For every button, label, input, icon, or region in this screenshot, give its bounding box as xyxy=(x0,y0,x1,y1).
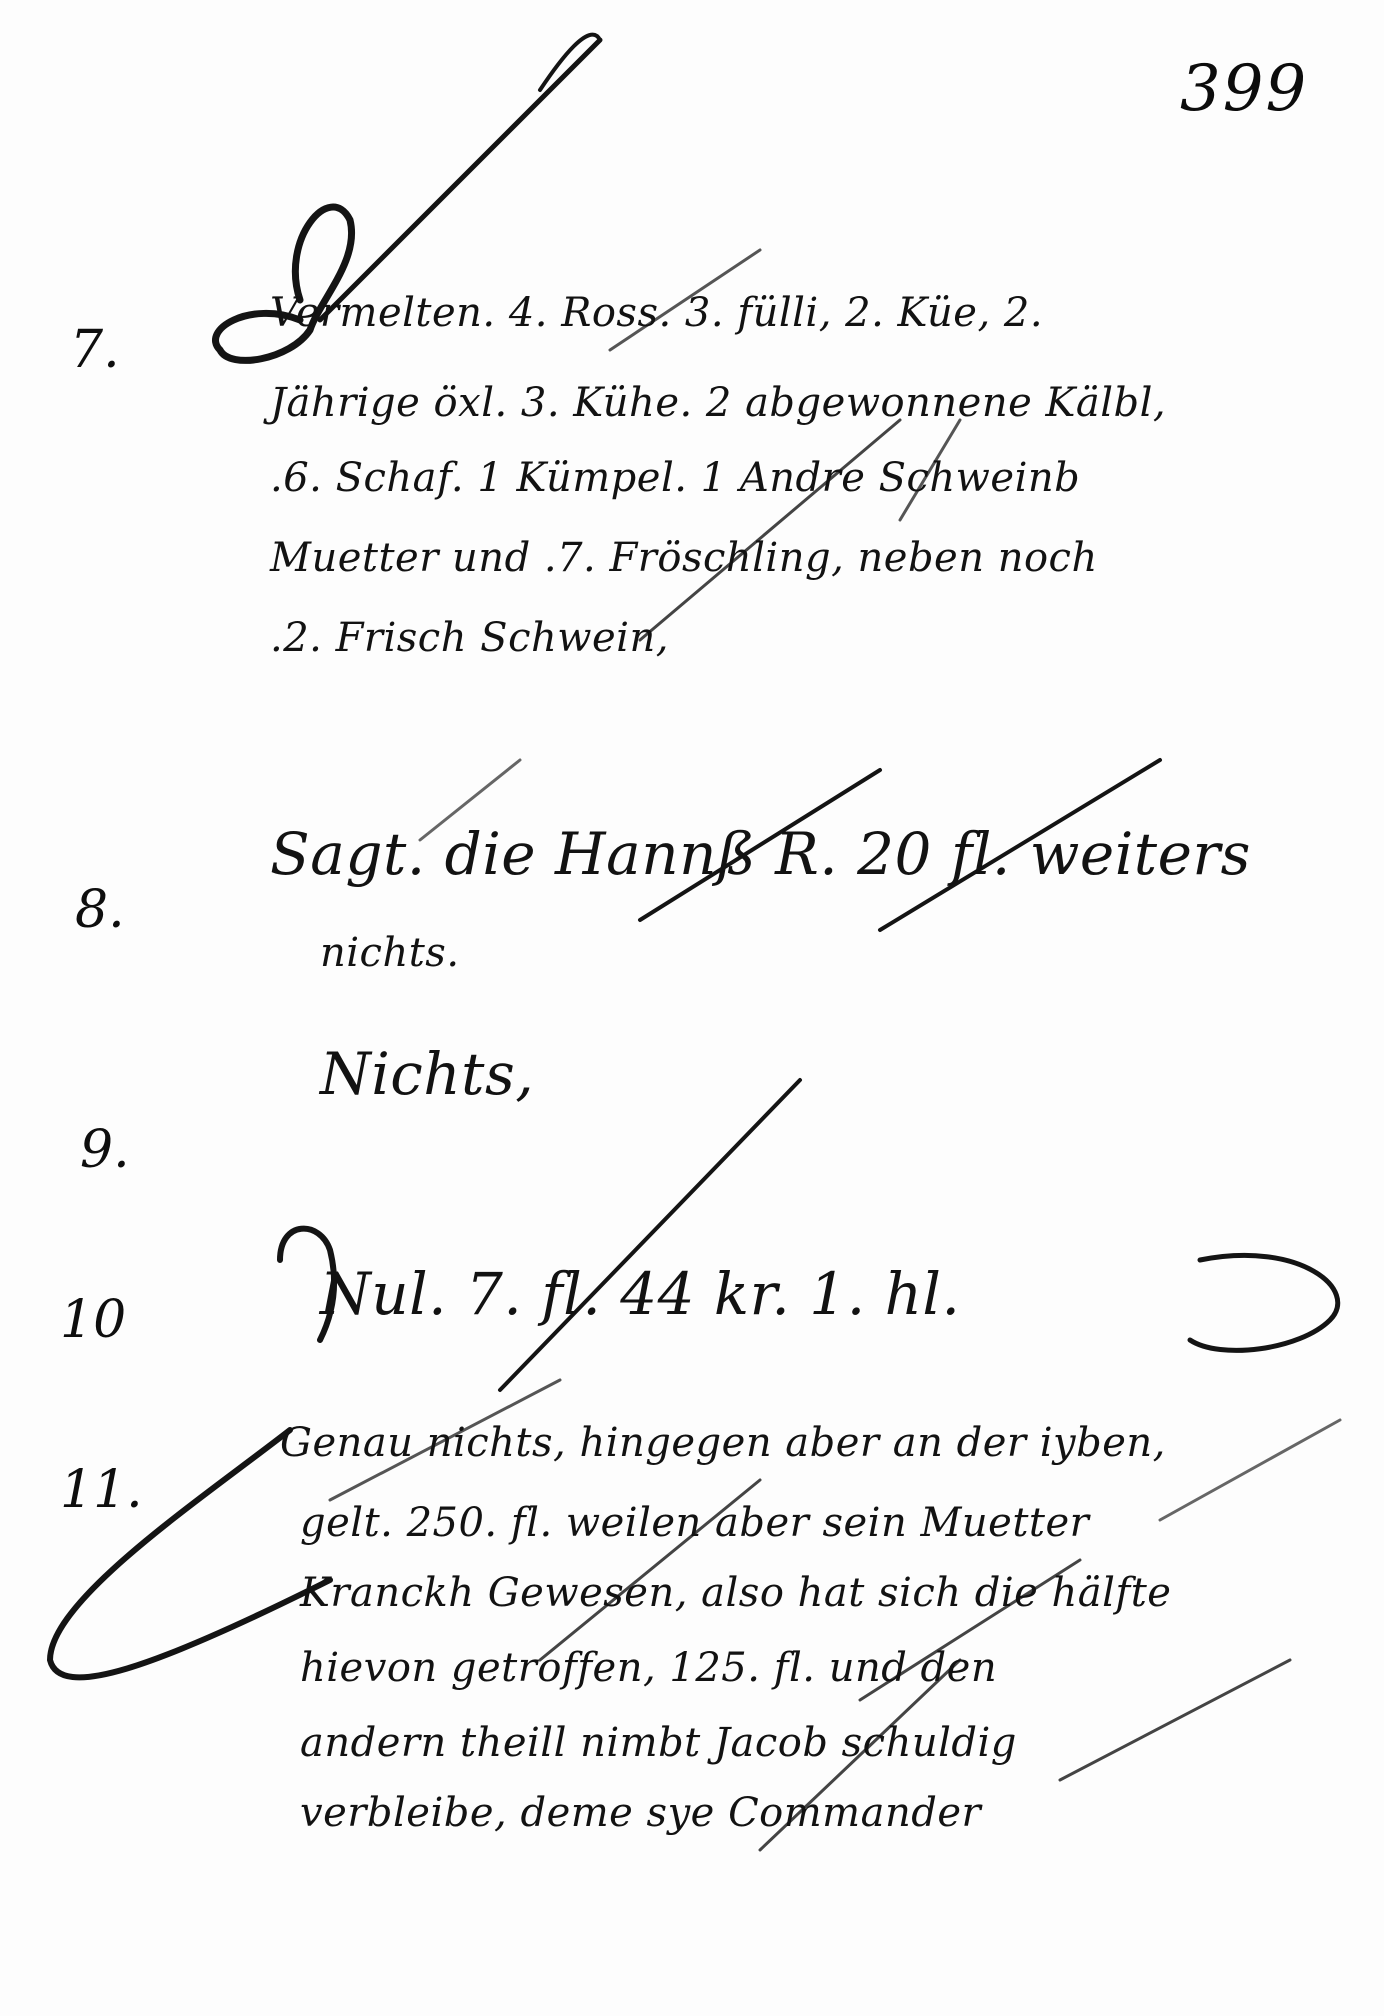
entry-9-line-1: Nichts, xyxy=(320,1040,534,1108)
entry-7-line-4: Muetter und .7. Fröschling, neben noch xyxy=(270,535,1098,581)
manuscript-page: 399 7. Vermelten. 4. Ross. 3. fülli, 2. … xyxy=(0,0,1384,2016)
entry-11-line-5: andern theill nimbt Jacob schuldig xyxy=(300,1720,1017,1766)
entry-number-11: 11. xyxy=(60,1460,143,1520)
strike-entry-10-a xyxy=(500,1080,800,1390)
entry-11-line-2: gelt. 250. fl. weilen aber sein Muetter xyxy=(300,1500,1089,1546)
page-number: 399 xyxy=(1180,52,1308,126)
flourish-entry-7-cancel xyxy=(320,40,600,320)
entry-11-line-1: Genau nichts, hingegen aber an der iyben… xyxy=(280,1420,1166,1466)
entry-11-line-4: hievon getroffen, 125. fl. und den xyxy=(300,1645,997,1691)
entry-11-line-6: verbleibe, deme sye Commander xyxy=(300,1790,981,1836)
entry-8-line-2: nichts. xyxy=(320,930,460,976)
entry-7-line-3: .6. Schaf. 1 Kümpel. 1 Andre Schweinb xyxy=(270,455,1080,501)
flourish-entry-7-initial xyxy=(215,207,351,360)
entry-8-line-1: Sagt. die Hannß R. 20 fl. weiters xyxy=(270,820,1251,888)
flourish-entry-7-cancel-2 xyxy=(540,35,600,90)
entry-number-9: 9. xyxy=(80,1120,130,1180)
entry-11-line-3: Kranckh Gewesen, also hat sich die hälft… xyxy=(300,1570,1171,1616)
entry-7-line-2: Jährige öxl. 3. Kühe. 2 abgewonnene Kälb… xyxy=(270,380,1166,426)
strike-entry-11-e xyxy=(1060,1660,1290,1780)
flourish-entry-10-loop xyxy=(1190,1255,1338,1350)
entry-7-line-5: .2. Frisch Schwein, xyxy=(270,615,669,661)
entry-10-line-1: Nul. 7. fl. 44 kr. 1. hl. xyxy=(320,1260,960,1328)
entry-number-8: 8. xyxy=(75,880,125,940)
entry-number-7: 7. xyxy=(70,320,120,380)
entry-7-line-1: Vermelten. 4. Ross. 3. fülli, 2. Küe, 2. xyxy=(270,290,1043,336)
strike-entry-11-f xyxy=(1160,1420,1340,1520)
strike-entry-7-c xyxy=(640,420,900,640)
entry-number-10: 10 xyxy=(60,1290,126,1350)
